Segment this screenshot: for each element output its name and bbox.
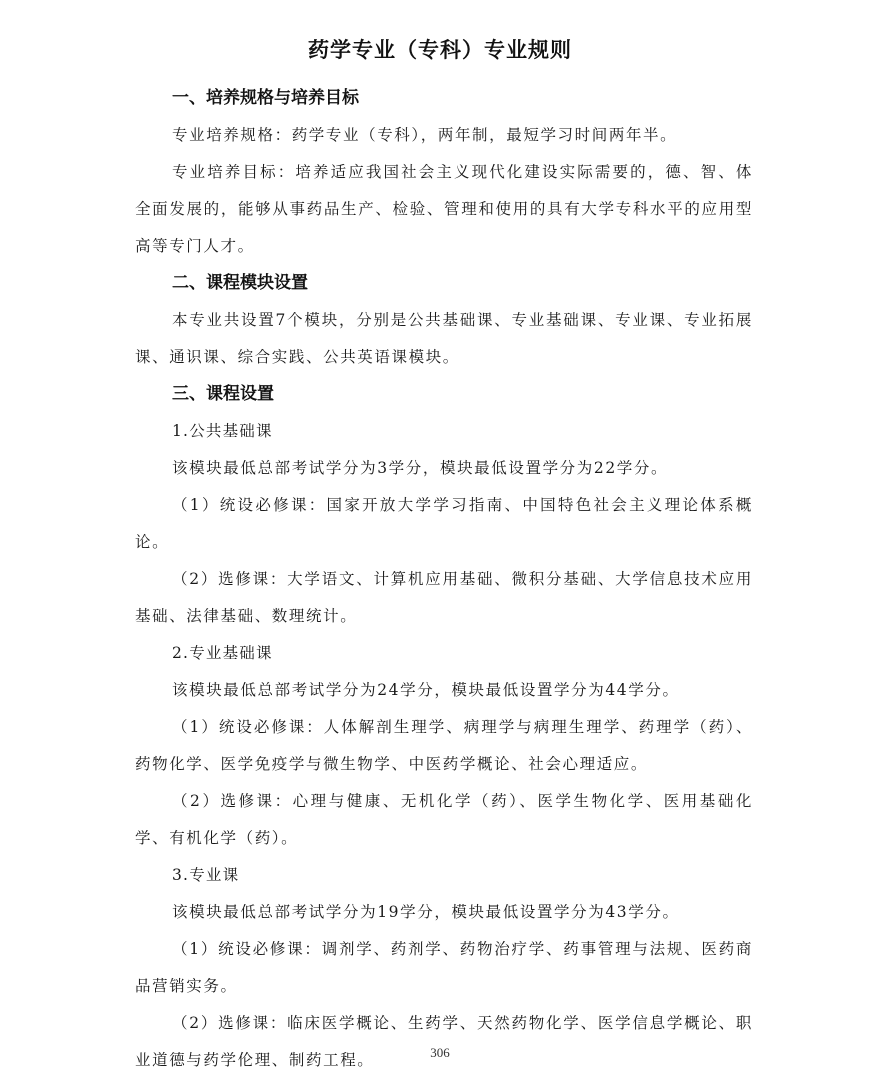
page-title: 药学专业（专科）专业规则: [0, 34, 880, 64]
document-page: 药学专业（专科）专业规则 一、培养规格与培养目标 专业培养规格：药学专业（专科）…: [0, 0, 880, 1084]
document-body: 一、培养规格与培养目标 专业培养规格：药学专业（专科），两年制，最短学习时间两年…: [135, 80, 753, 1079]
subsection-title-major: 3.专业课: [135, 857, 753, 894]
credits-major: 该模块最低总部考试学分为19学分，模块最低设置学分为43学分。: [135, 894, 753, 931]
paragraph-training-goal: 专业培养目标：培养适应我国社会主义现代化建设实际需要的，德、智、体全面发展的，能…: [135, 154, 753, 265]
page-number: 306: [0, 1045, 880, 1061]
subsection-title-major-basic: 2.专业基础课: [135, 635, 753, 672]
paragraph-training-spec: 专业培养规格：药学专业（专科），两年制，最短学习时间两年半。: [135, 117, 753, 154]
required-major: （1）统设必修课：调剂学、药剂学、药物治疗学、药事管理与法规、医药商品营销实务。: [135, 931, 753, 1005]
elective-major-basic: （2）选修课：心理与健康、无机化学（药）、医学生物化学、医用基础化学、有机化学（…: [135, 783, 753, 857]
required-public-basic: （1）统设必修课：国家开放大学学习指南、中国特色社会主义理论体系概论。: [135, 487, 753, 561]
section-heading-modules: 二、课程模块设置: [135, 265, 753, 302]
elective-public-basic: （2）选修课：大学语文、计算机应用基础、微积分基础、大学信息技术应用基础、法律基…: [135, 561, 753, 635]
required-major-basic: （1）统设必修课：人体解剖生理学、病理学与病理生理学、药理学（药）、药物化学、医…: [135, 709, 753, 783]
credits-major-basic: 该模块最低总部考试学分为24学分，模块最低设置学分为44学分。: [135, 672, 753, 709]
subsection-title-public-basic: 1.公共基础课: [135, 413, 753, 450]
elective-major: （2）选修课：临床医学概论、生药学、天然药物化学、医学信息学概论、职业道德与药学…: [135, 1005, 753, 1079]
credits-public-basic: 该模块最低总部考试学分为3学分，模块最低设置学分为22学分。: [135, 450, 753, 487]
section-heading-training: 一、培养规格与培养目标: [135, 80, 753, 117]
section-heading-courses: 三、课程设置: [135, 376, 753, 413]
paragraph-modules: 本专业共设置7个模块，分别是公共基础课、专业基础课、专业课、专业拓展课、通识课、…: [135, 302, 753, 376]
